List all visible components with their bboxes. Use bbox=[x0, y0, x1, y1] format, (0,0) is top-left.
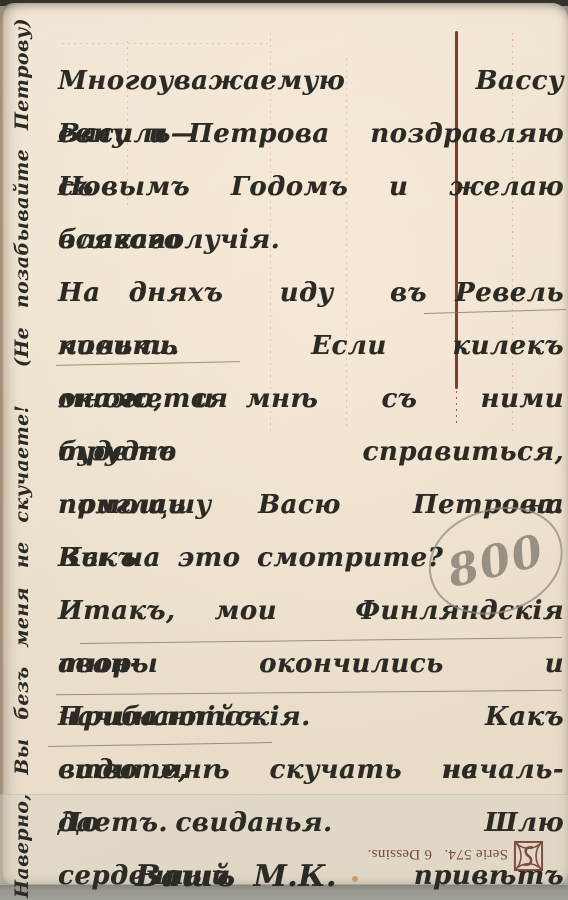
margin-note: Наверно, Вы безъ меня не скучаете! (Не п… bbox=[0, 18, 44, 898]
handwriting-line: будетъ справиться, приглашу на bbox=[58, 426, 564, 479]
handwriting-line: Новымъ Годомъ и желаю всякаго bbox=[58, 161, 564, 214]
handwriting-line: Многоуважаемую Вассу Василь— bbox=[58, 55, 564, 108]
handwriting-line: Прибалтійскія. Какъ видите, началь- bbox=[58, 691, 564, 744]
handwriting-line: ство мнѣ скучать не даетъ. bbox=[58, 744, 478, 797]
postcard: Многоуважаемую Вассу Василь— евну и Петр… bbox=[0, 3, 568, 884]
monogram-stamp-icon bbox=[513, 839, 544, 873]
handwriting-line: кильки. Если килекъ окажется bbox=[58, 320, 564, 373]
postcard-scan: Многоуважаемую Вассу Василь— евну и Петр… bbox=[0, 0, 568, 900]
handwriting-line: евну и Петрова поздравляю съ bbox=[58, 108, 564, 161]
paper-stain bbox=[352, 876, 358, 882]
series-imprint: Serie 574. 6 Dessins. bbox=[346, 843, 508, 865]
handwriting-line: благополучія. bbox=[58, 214, 564, 267]
handwritten-message: Многоуважаемую Вассу Василь— евну и Петр… bbox=[58, 55, 564, 900]
handwriting-line: тюры окончились и начинаются bbox=[58, 638, 564, 691]
dotted-guide-line bbox=[62, 43, 268, 44]
handwriting-line: много, и мнѣ съ ними трудно bbox=[58, 373, 564, 426]
